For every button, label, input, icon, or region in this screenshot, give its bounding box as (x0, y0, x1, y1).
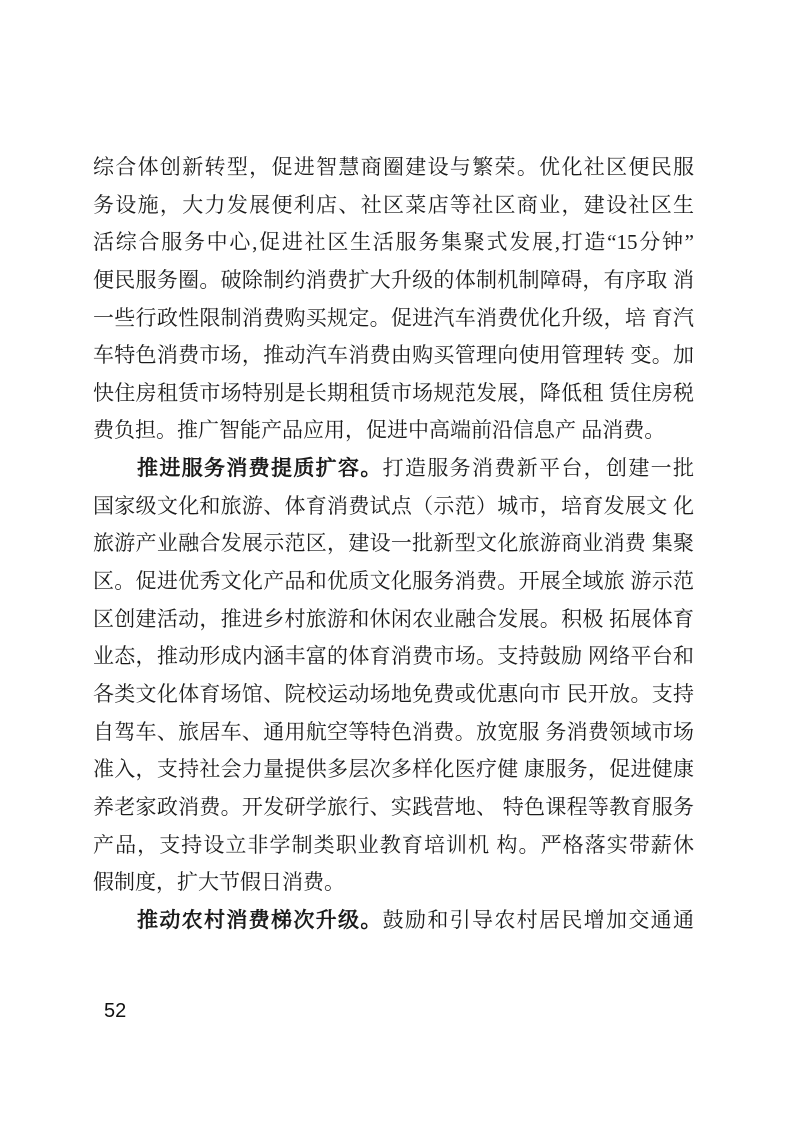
line-text: 国家级文化和旅游、体育消费试点（示范）城市，培育发展文 化 (93, 494, 694, 518)
text-line: 区创建活动，推进乡村旅游和休闲农业融合发展。积极 拓展体育 (93, 601, 694, 639)
line-text: 车特色消费市场，推动汽车消费由购买管理向使用管理转 变。加 (93, 343, 694, 367)
text-line: 国家级文化和旅游、体育消费试点（示范）城市，培育发展文 化 (93, 488, 694, 526)
text-line: 养老家政消费。开发研学旅行、实践营地、 特色课程等教育服务 (93, 789, 694, 827)
text-line: 旅游产业融合发展示范区，建设一批新型文化旅游商业消费 集聚 (93, 525, 694, 563)
line-text: 区。促进优秀文化产品和优质文化服务消费。开展全域旅 游示范 (93, 569, 694, 593)
line-text: 假制度，扩大节假日消费。 (93, 870, 345, 894)
line-text: 自驾车、旅居车、通用航空等特色消费。放宽服 务消费领域市场 (93, 720, 694, 744)
line-text: 打造服务消费新平台，创建一批 (383, 456, 694, 480)
line-text: 活综合服务中心,促进社区生活服务集聚式发展,打造“15分钟” (93, 230, 694, 254)
text-line: 推动农村消费梯次升级。鼓励和引导农村居民增加交通通 (93, 902, 694, 940)
line-text: 区创建活动，推进乡村旅游和休闲农业融合发展。积极 拓展体育 (93, 607, 694, 631)
text-line: 推进服务消费提质扩容。打造服务消费新平台，创建一批 (93, 450, 694, 488)
text-line: 费负担。推广智能产品应用，促进中高端前沿信息产 品消费。 (93, 412, 694, 450)
line-text: 各类文化体育场馆、院校运动场地免费或优惠向市 民开放。支持 (93, 682, 694, 706)
text-line: 自驾车、旅居车、通用航空等特色消费。放宽服 务消费领域市场 (93, 714, 694, 752)
line-text: 综合体创新转型，促进智慧商圈建设与繁荣。优化社区便民服 (93, 155, 694, 179)
paragraph-lead-bold: 推进服务消费提质扩容。 (137, 456, 383, 480)
line-text: 快住房租赁市场特别是长期租赁市场规范发展，降低租 赁住房税 (93, 381, 694, 405)
text-line: 准入，支持社会力量提供多层次多样化医疗健 康服务，促进健康 (93, 751, 694, 789)
line-text: 旅游产业融合发展示范区，建设一批新型文化旅游商业消费 集聚 (93, 531, 694, 555)
line-text: 养老家政消费。开发研学旅行、实践营地、 特色课程等教育服务 (93, 795, 694, 819)
page-number: 52 (104, 1000, 126, 1022)
line-text: 费负担。推广智能产品应用，促进中高端前沿信息产 品消费。 (93, 418, 665, 442)
line-text: 便民服务圈。破除制约消费扩大升级的体制机制障碍，有序取 消 (93, 268, 694, 292)
text-line: 综合体创新转型，促进智慧商圈建设与繁荣。优化社区便民服 (93, 149, 694, 187)
text-line: 快住房租赁市场特别是长期租赁市场规范发展，降低租 赁住房税 (93, 375, 694, 413)
text-line: 各类文化体育场馆、院校运动场地免费或优惠向市 民开放。支持 (93, 676, 694, 714)
text-line: 活综合服务中心,促进社区生活服务集聚式发展,打造“15分钟” (93, 224, 694, 262)
text-line: 业态，推动形成内涵丰富的体育消费市场。支持鼓励 网络平台和 (93, 638, 694, 676)
text-line: 一些行政性限制消费购买规定。促进汽车消费优化升级，培 育汽 (93, 300, 694, 338)
line-text: 鼓励和引导农村居民增加交通通 (383, 908, 694, 932)
text-line: 区。促进优秀文化产品和优质文化服务消费。开展全域旅 游示范 (93, 563, 694, 601)
line-text: 准入，支持社会力量提供多层次多样化医疗健 康服务，促进健康 (93, 757, 694, 781)
page-text-block: 综合体创新转型，促进智慧商圈建设与繁荣。优化社区便民服务设施，大力发展便利店、社… (93, 149, 694, 939)
line-text: 业态，推动形成内涵丰富的体育消费市场。支持鼓励 网络平台和 (93, 644, 694, 668)
paragraph-lead-bold: 推动农村消费梯次升级。 (137, 908, 383, 932)
text-line: 车特色消费市场，推动汽车消费由购买管理向使用管理转 变。加 (93, 337, 694, 375)
document-page: 综合体创新转型，促进智慧商圈建设与繁荣。优化社区便民服务设施，大力发展便利店、社… (0, 0, 793, 1122)
line-text: 务设施，大力发展便利店、社区菜店等社区商业，建设社区生 (93, 193, 694, 217)
text-line: 假制度，扩大节假日消费。 (93, 864, 694, 902)
line-text: 一些行政性限制消费购买规定。促进汽车消费优化升级，培 育汽 (93, 306, 694, 330)
text-line: 便民服务圈。破除制约消费扩大升级的体制机制障碍，有序取 消 (93, 262, 694, 300)
text-line: 务设施，大力发展便利店、社区菜店等社区商业，建设社区生 (93, 187, 694, 225)
line-text: 产品，支持设立非学制类职业教育培训机 构。严格落实带薪休 (93, 833, 694, 857)
text-line: 产品，支持设立非学制类职业教育培训机 构。严格落实带薪休 (93, 827, 694, 865)
